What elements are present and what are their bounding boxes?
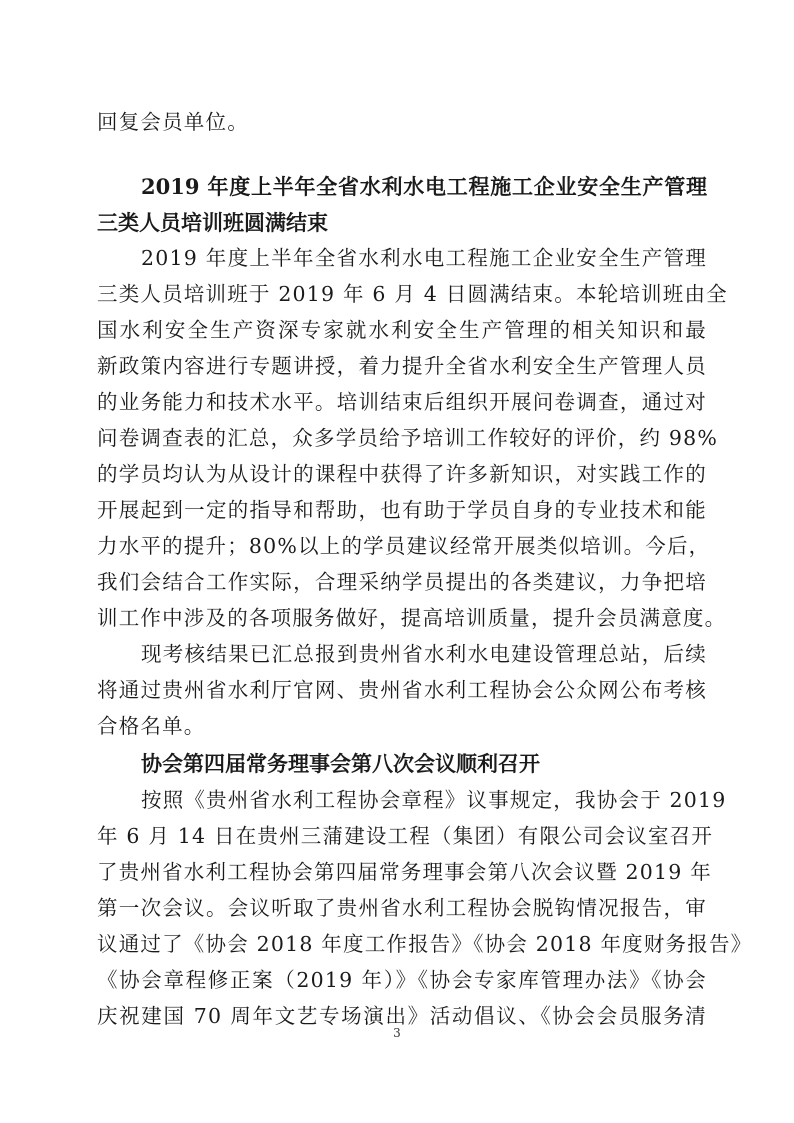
section2-paragraph1-line: 第一次会议。会议听取了贵州省水利工程协会脱钩情况报告，审 bbox=[97, 890, 707, 926]
section2-paragraph1-line: 按照《贵州省水利工程协会章程》议事规定，我协会于 2019 bbox=[97, 782, 707, 818]
section1-paragraph1-line: 问卷调查表的汇总，众多学员给予培训工作较好的评价，约 98% bbox=[97, 420, 707, 456]
section1-paragraph1-line: 我们会结合工作实际，合理采纳学员提出的各类建议，力争把培 bbox=[97, 564, 707, 600]
section1-paragraph1-line: 开展起到一定的指导和帮助，也有助于学员自身的专业技术和能 bbox=[97, 492, 707, 528]
section1-paragraph2-line: 现考核结果已汇总报到贵州省水利水电建设管理总站，后续 bbox=[97, 636, 707, 672]
section1-paragraph2-line: 合格名单。 bbox=[97, 708, 707, 744]
section2-paragraph1-line: 年 6 月 14 日在贵州三蒲建设工程（集团）有限公司会议室召开 bbox=[97, 818, 707, 854]
section1-paragraph1-line: 的业务能力和技术水平。培训结束后组织开展问卷调查，通过对 bbox=[97, 384, 707, 420]
section1-paragraph1-line: 训工作中涉及的各项服务做好，提高培训质量，提升会员满意度。 bbox=[97, 600, 707, 636]
section1-paragraph1-line: 新政策内容进行专题讲授，着力提升全省水利安全生产管理人员 bbox=[97, 348, 707, 384]
section1-title-line-2: 三类人员培训班圆满结束 bbox=[97, 205, 707, 241]
section2-title: 协会第四届常务理事会第八次会议顺利召开 bbox=[97, 746, 707, 782]
section1-paragraph1-line: 的学员均认为从设计的课程中获得了许多新知识，对实践工作的 bbox=[97, 456, 707, 492]
section1-paragraph1-line: 三类人员培训班于 2019 年 6 月 4 日圆满结束。本轮培训班由全 bbox=[97, 276, 707, 312]
page-number: 3 bbox=[0, 1025, 794, 1041]
section1-paragraph1-line: 2019 年度上半年全省水利水电工程施工企业安全生产管理 bbox=[97, 240, 707, 276]
section2-paragraph1-line: 《协会章程修正案（2019 年）》《协会专家库管理办法》《协会 bbox=[97, 962, 707, 998]
section2-paragraph1-line: 了贵州省水利工程协会第四届常务理事会第八次会议暨 2019 年 bbox=[97, 854, 707, 890]
carryover-text: 回复会员单位。 bbox=[97, 104, 707, 140]
section1-title-line-1: 2019 年度上半年全省水利水电工程施工企业安全生产管理 bbox=[97, 169, 707, 205]
section1-paragraph2-line: 将通过贵州省水利厅官网、贵州省水利工程协会公众网公布考核 bbox=[97, 672, 707, 708]
section2-paragraph1-line: 议通过了《协会 2018 年度工作报告》《协会 2018 年度财务报告》 bbox=[97, 926, 707, 962]
section1-paragraph1-line: 力水平的提升；80%以上的学员建议经常开展类似培训。今后， bbox=[97, 528, 707, 564]
section1-paragraph1-line: 国水利安全生产资深专家就水利安全生产管理的相关知识和最 bbox=[97, 312, 707, 348]
